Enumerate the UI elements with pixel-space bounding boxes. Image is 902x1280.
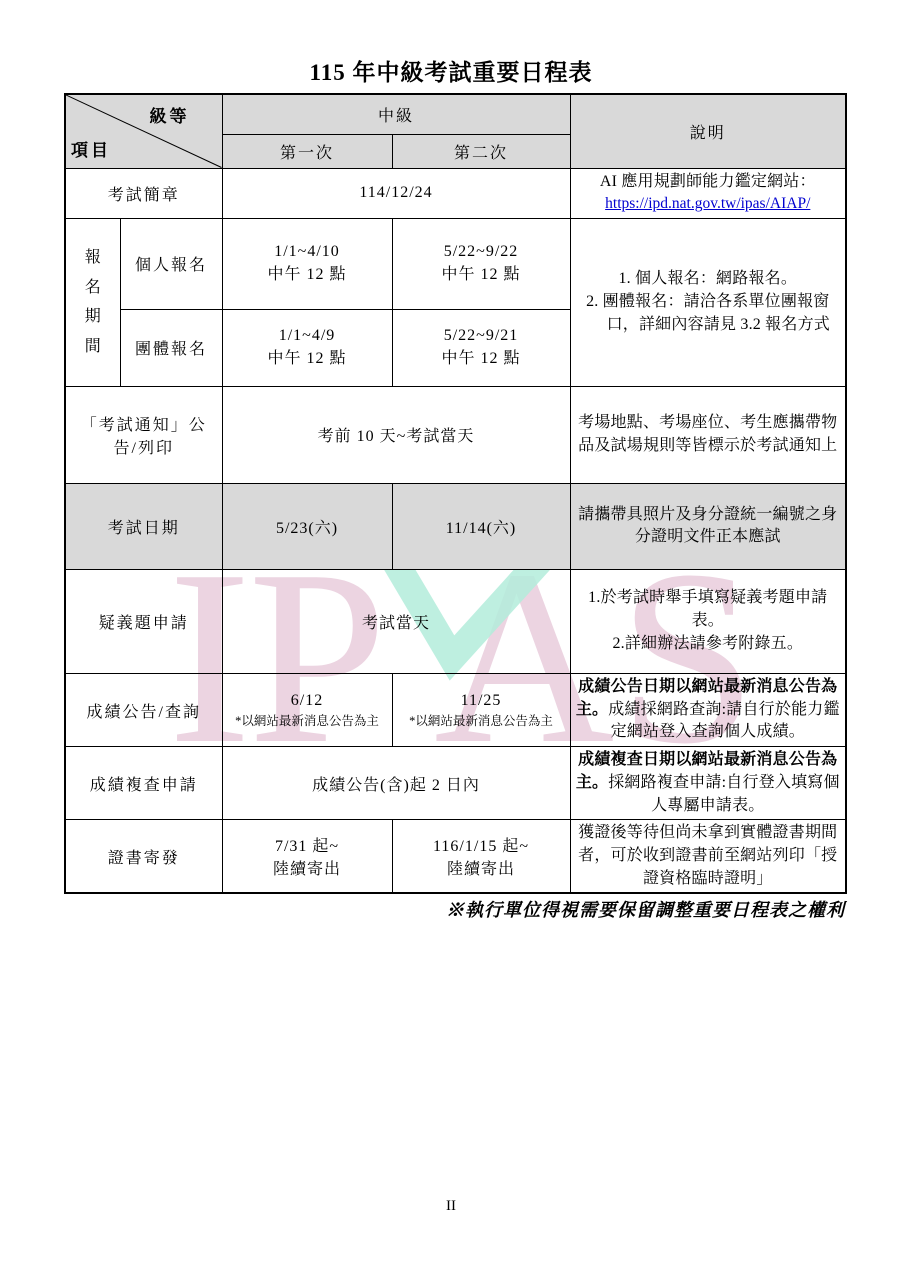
registration-period-label: 報名期間 xyxy=(65,218,120,386)
exam-guide-notes: AI 應用規劃師能力鑑定網站： https://ipd.nat.gov.tw/i… xyxy=(570,168,846,218)
corner-header-cell: 級等 項目 xyxy=(65,94,222,168)
score-announce-first-date: 6/12 xyxy=(291,692,323,709)
registration-notes: 1. 個人報名：網路報名。 2. 團體報名：請洽各系單位團報窗口，詳細內容請見 … xyxy=(570,218,846,386)
doubt-note-2: 2.詳細辦法請參考附錄五。 xyxy=(575,633,842,656)
column-header-notes: 說明 xyxy=(570,94,846,168)
score-announce-first: 6/12 *以網站最新消息公告為主 xyxy=(222,673,392,746)
score-announce-second-date: 11/25 xyxy=(461,692,502,709)
score-review-note-rest: 採網路複查申請:自行登入填寫個人專屬申請表。 xyxy=(608,774,839,814)
doubt-notes: 1.於考試時舉手填寫疑義考題申請表。 2.詳細辦法請參考附錄五。 xyxy=(570,569,846,673)
corporate-registration-label: 團體報名 xyxy=(120,309,222,386)
score-announce-second: 11/25 *以網站最新消息公告為主 xyxy=(392,673,570,746)
corner-label-item: 項目 xyxy=(71,136,111,161)
exam-date-label: 考試日期 xyxy=(65,483,222,569)
corporate-first-date: 1/1~4/9 中午 12 點 xyxy=(222,309,392,386)
page-number: II xyxy=(0,1198,902,1215)
column-header-session1: 第一次 xyxy=(222,134,392,168)
exam-notice-date: 考前 10 天~考試當天 xyxy=(222,386,570,483)
row-exam-notice: 「考試通知」公告/列印 考前 10 天~考試當天 考場地點、考場座位、考生應攜帶… xyxy=(65,386,846,483)
row-doubt-application: 疑義題申請 考試當天 1.於考試時舉手填寫疑義考題申請表。 2.詳細辦法請參考附… xyxy=(65,569,846,673)
row-exam-guide: 考試簡章 114/12/24 AI 應用規劃師能力鑑定網站： https://i… xyxy=(65,168,846,218)
score-announce-notes: 成績公告日期以網站最新消息公告為主。成績採網路查詢:請自行於能力鑑定網站登入查詢… xyxy=(570,673,846,746)
schedule-table: 級等 項目 中級 說明 第一次 第二次 考試簡章 114/12/24 AI 應用… xyxy=(64,93,847,894)
certificate-second-date: 116/1/15 起~ 陸續寄出 xyxy=(392,820,570,894)
exam-date-second: 11/14(六) xyxy=(392,483,570,569)
score-review-notes: 成績複查日期以網站最新消息公告為主。採網路複查申請:自行登入填寫個人專屬申請表。 xyxy=(570,747,846,820)
exam-guide-date: 114/12/24 xyxy=(222,168,570,218)
registration-note-2: 2. 團體報名：請洽各系單位團報窗口，詳細內容請見 3.2 報名方式 xyxy=(575,291,842,336)
exam-guide-label: 考試簡章 xyxy=(65,168,222,218)
exam-guide-note-text: AI 應用規劃師能力鑑定網站： xyxy=(575,171,842,194)
exam-notice-label: 「考試通知」公告/列印 xyxy=(65,386,222,483)
registration-note-1: 1. 個人報名：網路報名。 xyxy=(575,268,842,291)
footer-disclaimer: ※執行單位得視需要保留調整重要日程表之權利 xyxy=(446,896,845,922)
row-certificate: 證書寄發 7/31 起~ 陸續寄出 116/1/15 起~ 陸續寄出 獲證後等待… xyxy=(65,820,846,894)
score-announce-note-rest: 成績採網路查詢:請自行於能力鑑定網站登入查詢個人成績。 xyxy=(608,701,839,741)
score-review-label: 成績複查申請 xyxy=(65,747,222,820)
header-row-1: 級等 項目 中級 說明 xyxy=(65,94,846,134)
score-announce-first-note: *以網站最新消息公告為主 xyxy=(227,711,388,729)
doubt-date: 考試當天 xyxy=(222,569,570,673)
certificate-notes: 獲證後等待但尚未拿到實體證書期間者，可於收到證書前至網站列印「授證資格臨時證明」 xyxy=(570,820,846,894)
individual-second-date: 5/22~9/22 中午 12 點 xyxy=(392,218,570,309)
corporate-second-date: 5/22~9/21 中午 12 點 xyxy=(392,309,570,386)
individual-first-date: 1/1~4/10 中午 12 點 xyxy=(222,218,392,309)
document-page: I P A S 115 年中級考試重要日程表 級等 項目 中級 xyxy=(0,0,902,1280)
score-announce-label: 成績公告/查詢 xyxy=(65,673,222,746)
column-header-session2: 第二次 xyxy=(392,134,570,168)
certificate-label: 證書寄發 xyxy=(65,820,222,894)
ipas-website-link[interactable]: https://ipd.nat.gov.tw/ipas/AIAP/ xyxy=(605,195,810,212)
doubt-label: 疑義題申請 xyxy=(65,569,222,673)
score-review-date: 成績公告(含)起 2 日內 xyxy=(222,747,570,820)
exam-date-notes: 請攜帶具照片及身分證統一編號之身分證明文件正本應試 xyxy=(570,483,846,569)
score-announce-second-note: *以網站最新消息公告為主 xyxy=(397,711,566,729)
row-registration-individual: 報名期間 個人報名 1/1~4/10 中午 12 點 5/22~9/22 中午 … xyxy=(65,218,846,309)
row-score-announce: 成績公告/查詢 6/12 *以網站最新消息公告為主 11/25 *以網站最新消息… xyxy=(65,673,846,746)
individual-registration-label: 個人報名 xyxy=(120,218,222,309)
doubt-note-1: 1.於考試時舉手填寫疑義考題申請表。 xyxy=(575,587,842,632)
corner-label-level: 級等 xyxy=(150,102,190,127)
row-exam-date: 考試日期 5/23(六) 11/14(六) 請攜帶具照片及身分證統一編號之身分證… xyxy=(65,483,846,569)
row-score-review: 成績複查申請 成績公告(含)起 2 日內 成績複查日期以網站最新消息公告為主。採… xyxy=(65,747,846,820)
column-header-level: 中級 xyxy=(222,94,570,134)
registration-period-vertical-text: 報名期間 xyxy=(83,243,103,361)
page-title: 115 年中級考試重要日程表 xyxy=(0,54,902,87)
exam-date-first: 5/23(六) xyxy=(222,483,392,569)
certificate-first-date: 7/31 起~ 陸續寄出 xyxy=(222,820,392,894)
exam-notice-notes: 考場地點、考場座位、考生應攜帶物品及試場規則等皆標示於考試通知上 xyxy=(570,386,846,483)
